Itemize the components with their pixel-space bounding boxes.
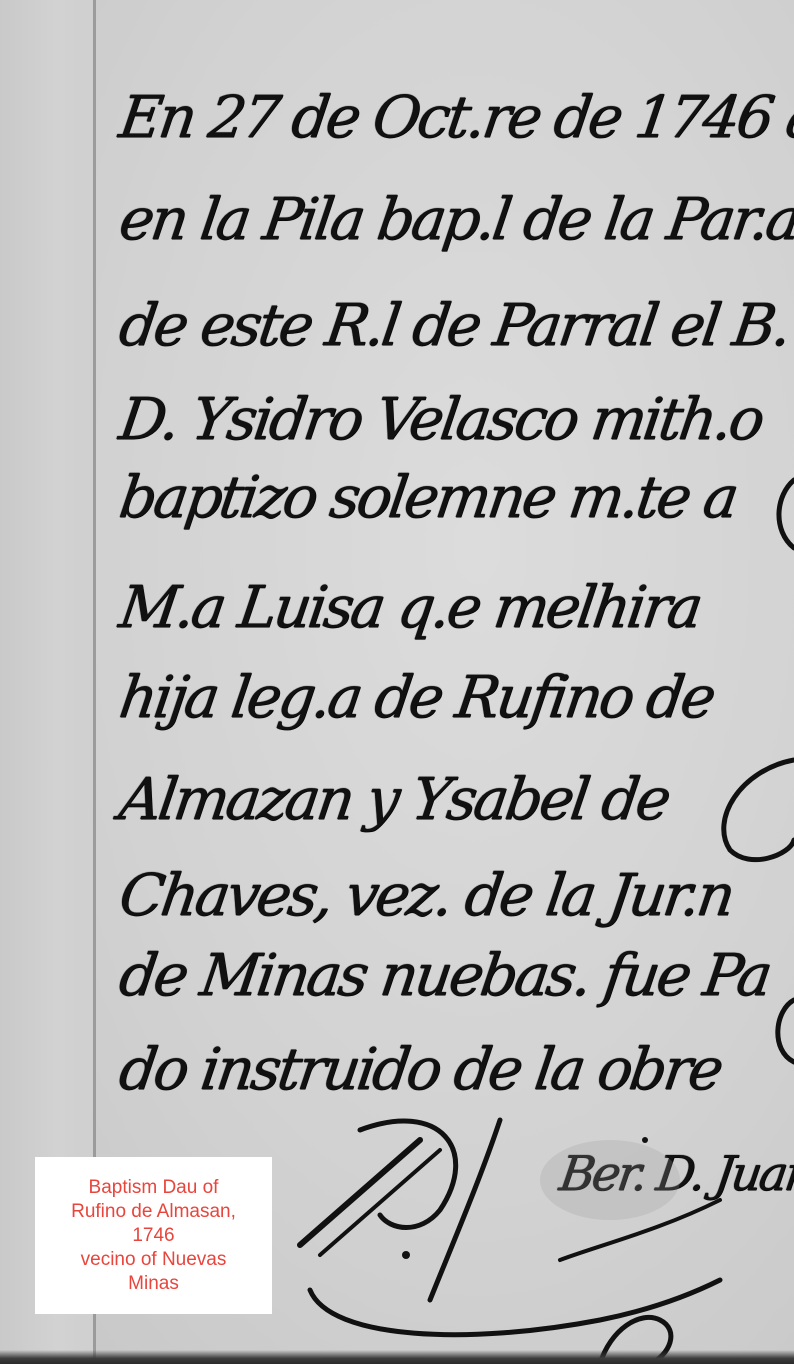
scanned-page: En 27 de Oct.re de 1746 a: en la Pila ba… bbox=[0, 0, 794, 1364]
signature-rubric-curve bbox=[310, 1280, 720, 1335]
caption-line-1: Baptism Dau of bbox=[35, 1176, 272, 1200]
signature-loop-left bbox=[360, 1121, 456, 1227]
caption-line-5: Minas bbox=[35, 1272, 272, 1296]
caption-line-3: 1746 bbox=[35, 1224, 272, 1248]
caption-line-4: vecino of Nuevas bbox=[35, 1248, 272, 1272]
margin-loop-1 bbox=[779, 480, 794, 548]
margin-loop-3 bbox=[778, 1000, 794, 1062]
caption-box: Baptism Dau of Rufino de Almasan, 1746 v… bbox=[35, 1157, 272, 1314]
caption-line-2: Rufino de Almasan, bbox=[35, 1200, 272, 1224]
margin-loop-2 bbox=[724, 760, 794, 860]
scan-bottom-edge bbox=[0, 1350, 794, 1364]
